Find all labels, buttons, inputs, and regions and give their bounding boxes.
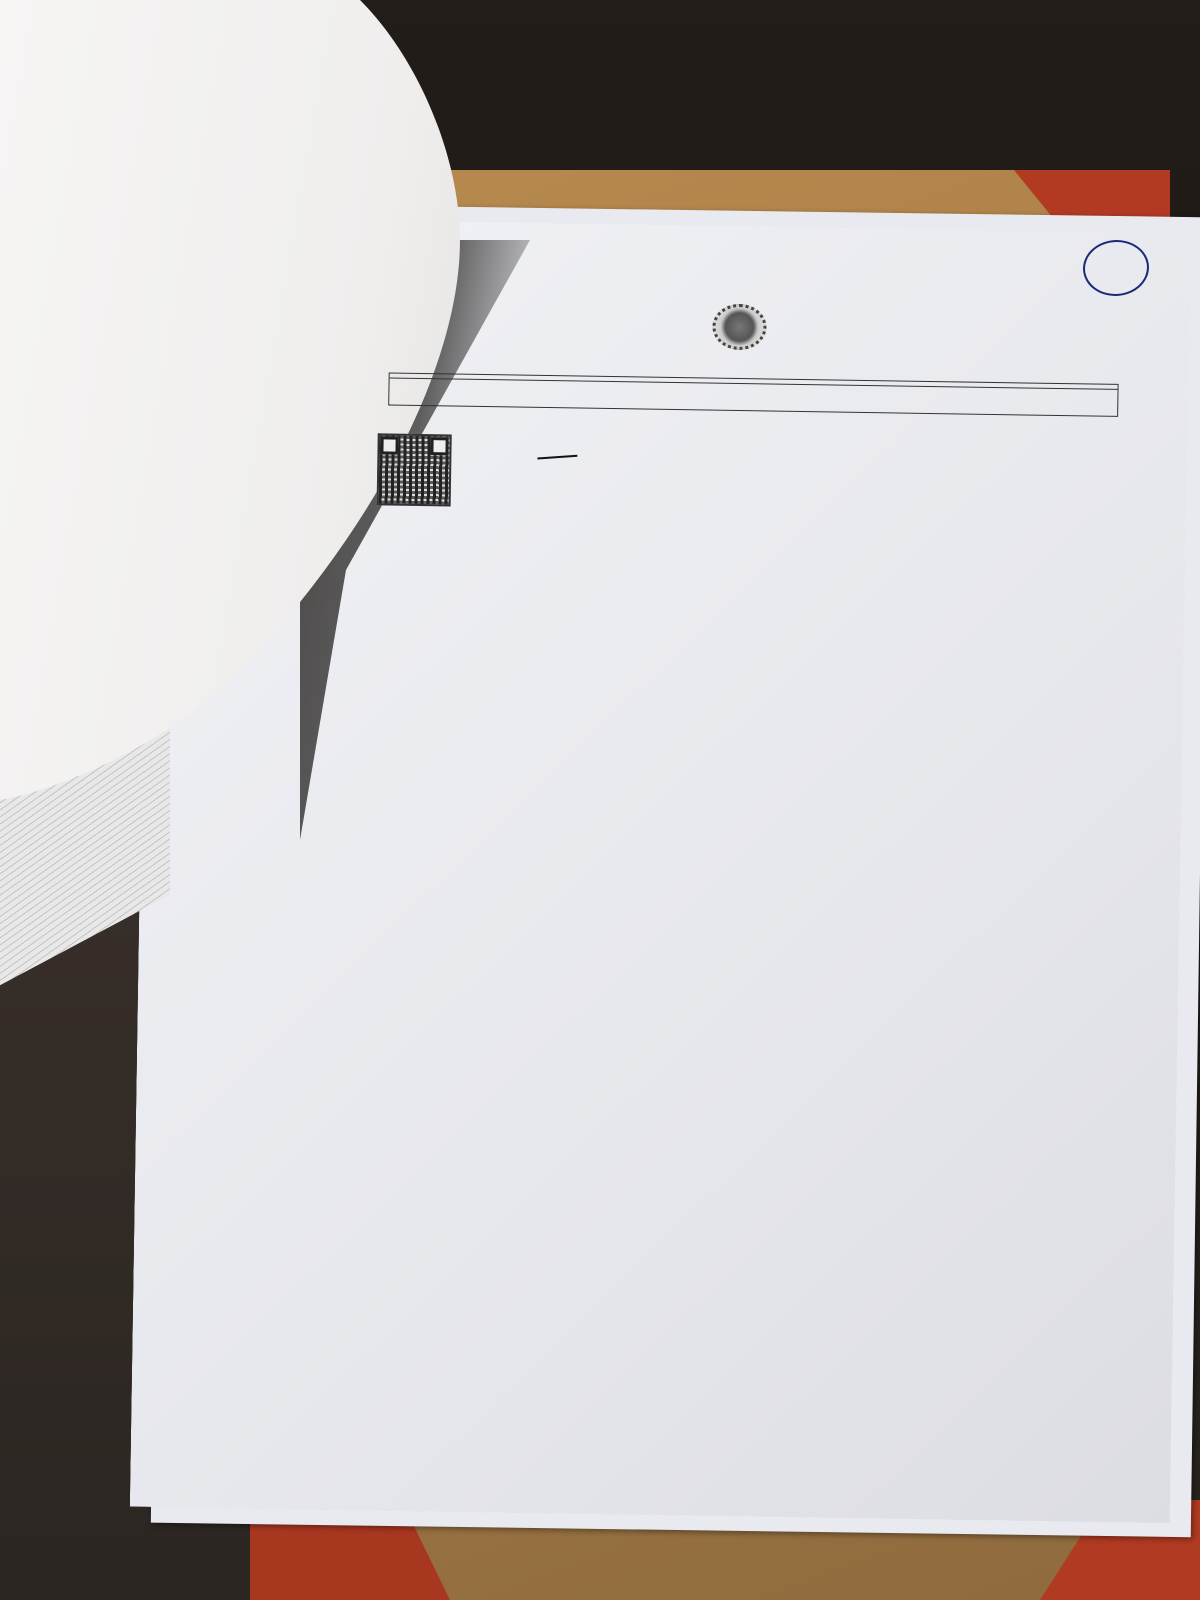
signature-area — [355, 427, 1118, 609]
sarpanch-stamp — [537, 464, 577, 465]
agency-value — [665, 392, 1111, 413]
sanction-details-box — [388, 372, 1118, 416]
agency-label — [395, 388, 665, 406]
government-emblem-icon — [712, 304, 767, 351]
signature-scribble — [537, 455, 577, 460]
agency-row — [389, 384, 1117, 415]
qr-code-icon — [377, 433, 452, 506]
sanction-order-document — [355, 290, 1120, 609]
office-contact — [529, 351, 1119, 360]
sarpanch-signature — [537, 446, 577, 465]
office-title — [529, 351, 1119, 360]
office-subtitle — [529, 351, 1119, 360]
